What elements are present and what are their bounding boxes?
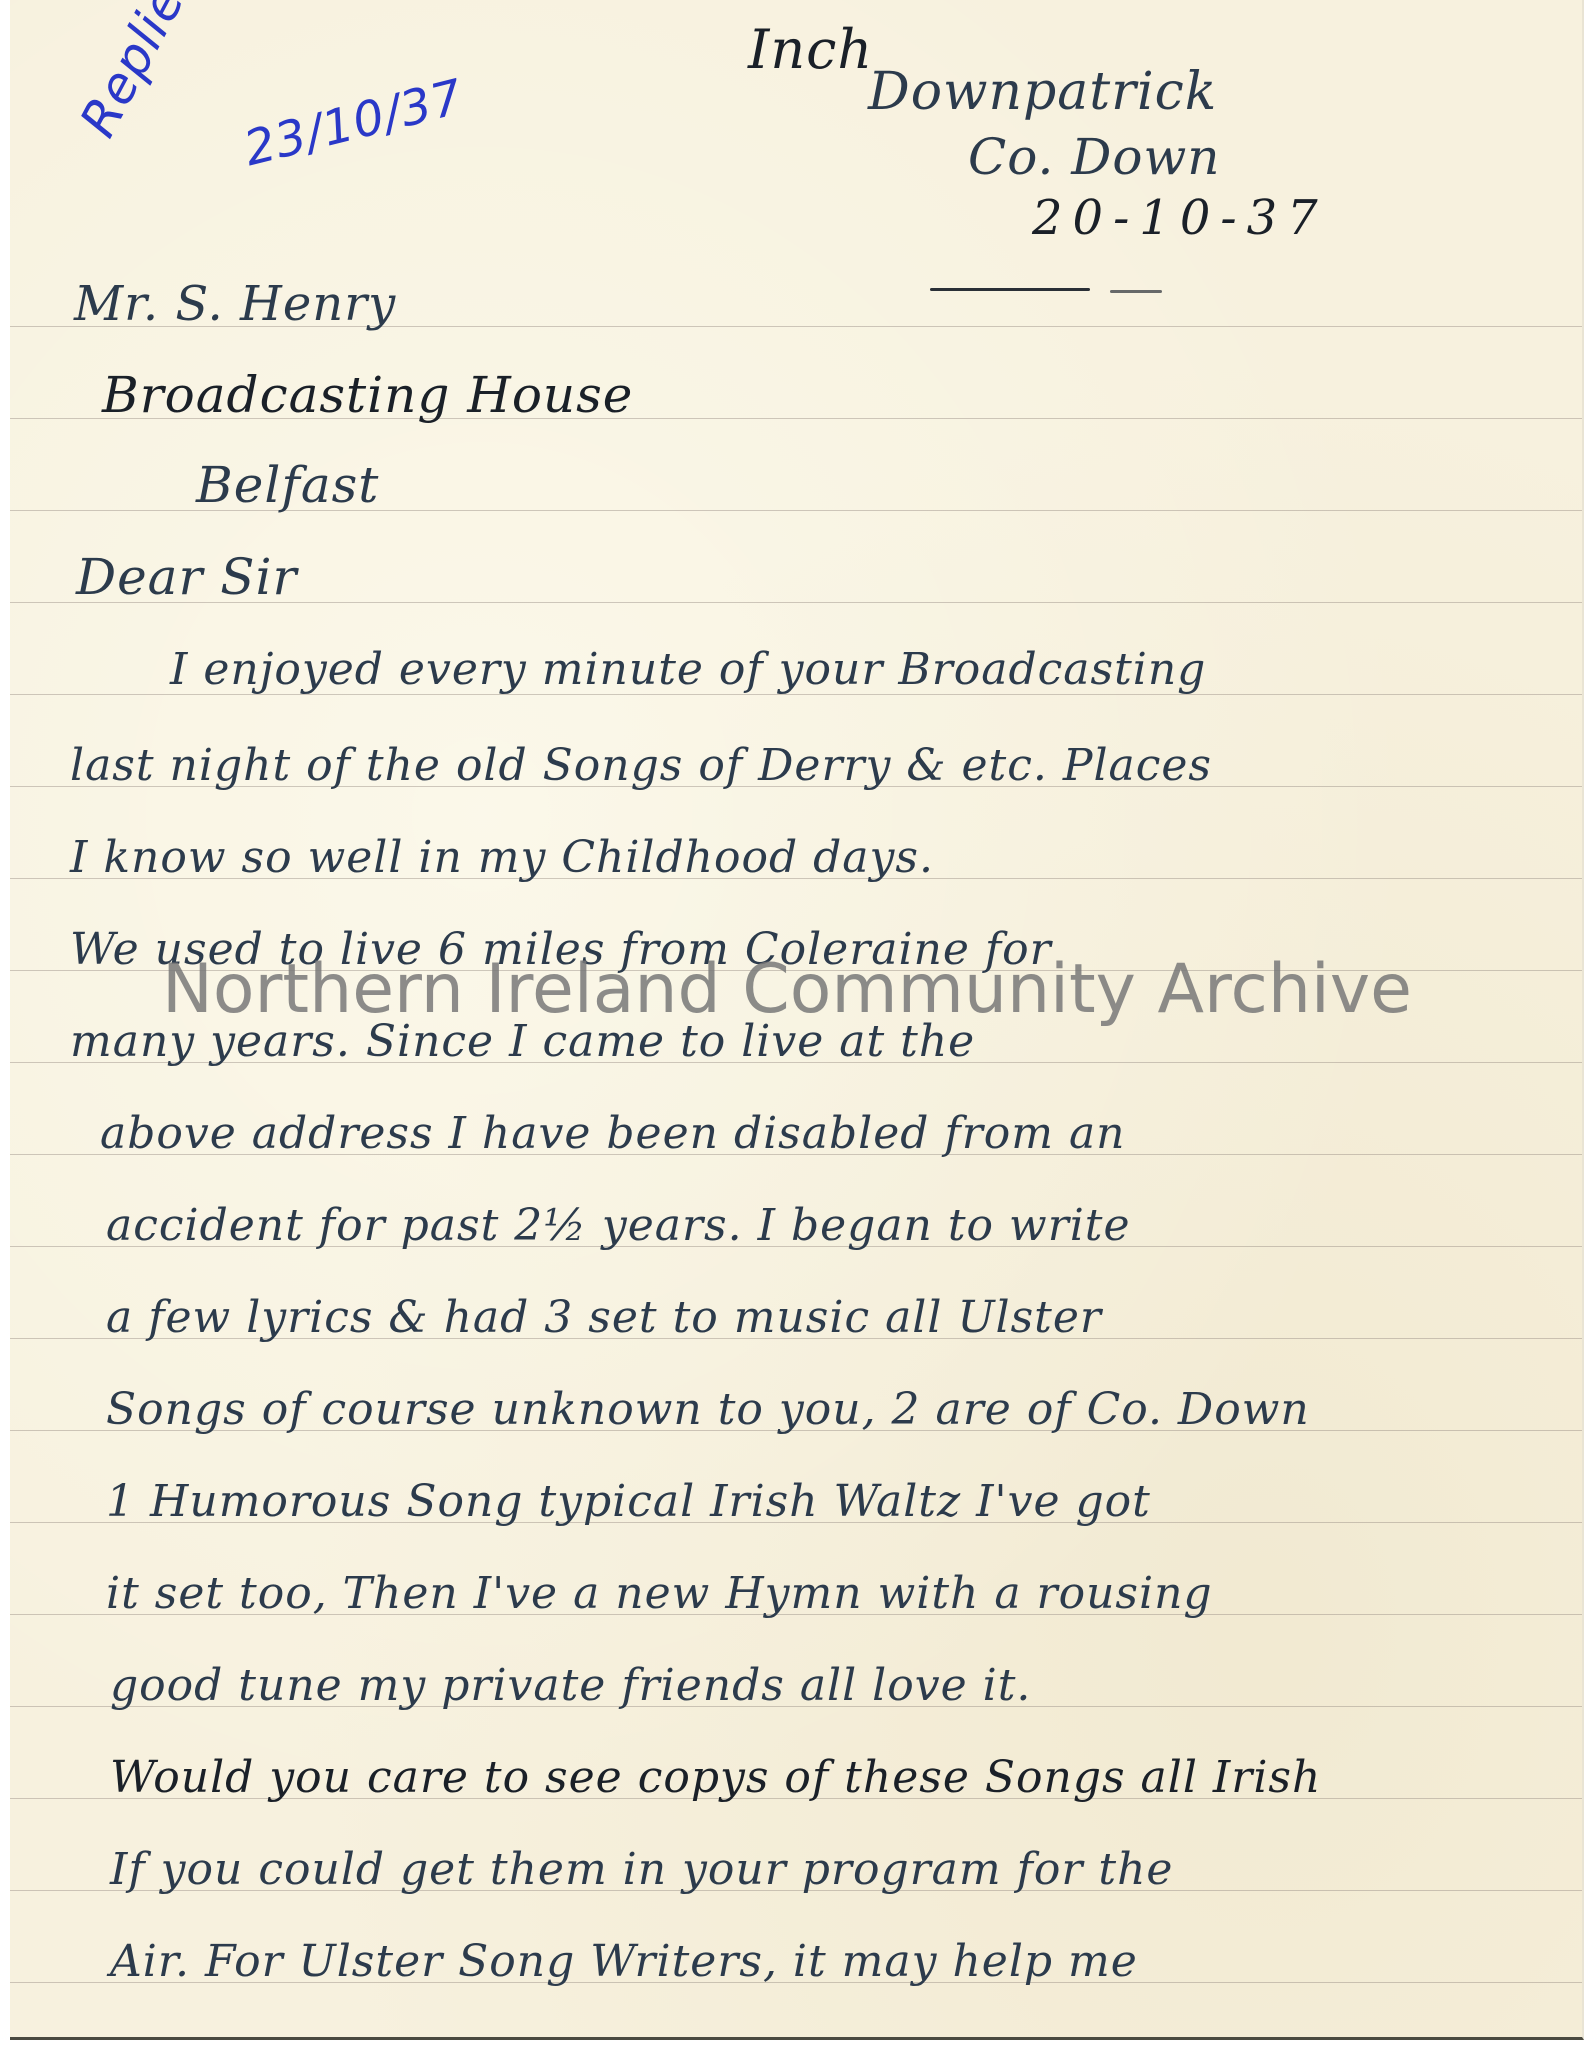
body-line: it set too, Then I've a new Hymn with a … (106, 1568, 1213, 1619)
body-line: Would you care to see copys of these Son… (110, 1752, 1321, 1803)
replied-annotation-date: 23/10/37 (239, 69, 469, 177)
body-line: I enjoyed every minute of your Broadcast… (170, 644, 1206, 695)
body-line: accident for past 2½ years. I began to w… (106, 1200, 1131, 1251)
recipient-city: Belfast (196, 456, 379, 514)
body-line: good tune my private friends all love it… (110, 1660, 1031, 1711)
address-underline (1110, 290, 1162, 293)
archive-watermark: Northern Ireland Community Archive (162, 950, 1412, 1029)
body-line: If you could get them in your program fo… (110, 1844, 1173, 1895)
address-line-1: Inch (748, 18, 873, 81)
recipient-organization: Broadcasting House (102, 366, 633, 424)
address-underline (930, 288, 1090, 291)
body-line: Air. For Ulster Song Writers, it may hel… (110, 1936, 1138, 1987)
address-line-2: Downpatrick (868, 62, 1217, 122)
body-line: Songs of course unknown to you, 2 are of… (106, 1384, 1310, 1435)
recipient-name: Mr. S. Henry (74, 276, 396, 332)
address-line-3: Co. Down (968, 128, 1220, 186)
body-line: 1 Humorous Song typical Irish Waltz I've… (106, 1476, 1151, 1527)
body-line: I know so well in my Childhood days. (70, 832, 934, 883)
salutation: Dear Sir (76, 548, 297, 606)
replied-annotation-label: Replied (69, 0, 212, 146)
letter-page: Replied 23/10/37 Inch Downpatrick Co. Do… (10, 0, 1584, 2040)
body-line: above address I have been disabled from … (100, 1108, 1126, 1159)
letter-date: 20-10-37 (1032, 190, 1328, 246)
body-line: a few lyrics & had 3 set to music all Ul… (106, 1292, 1102, 1343)
body-line: last night of the old Songs of Derry & e… (70, 740, 1212, 791)
